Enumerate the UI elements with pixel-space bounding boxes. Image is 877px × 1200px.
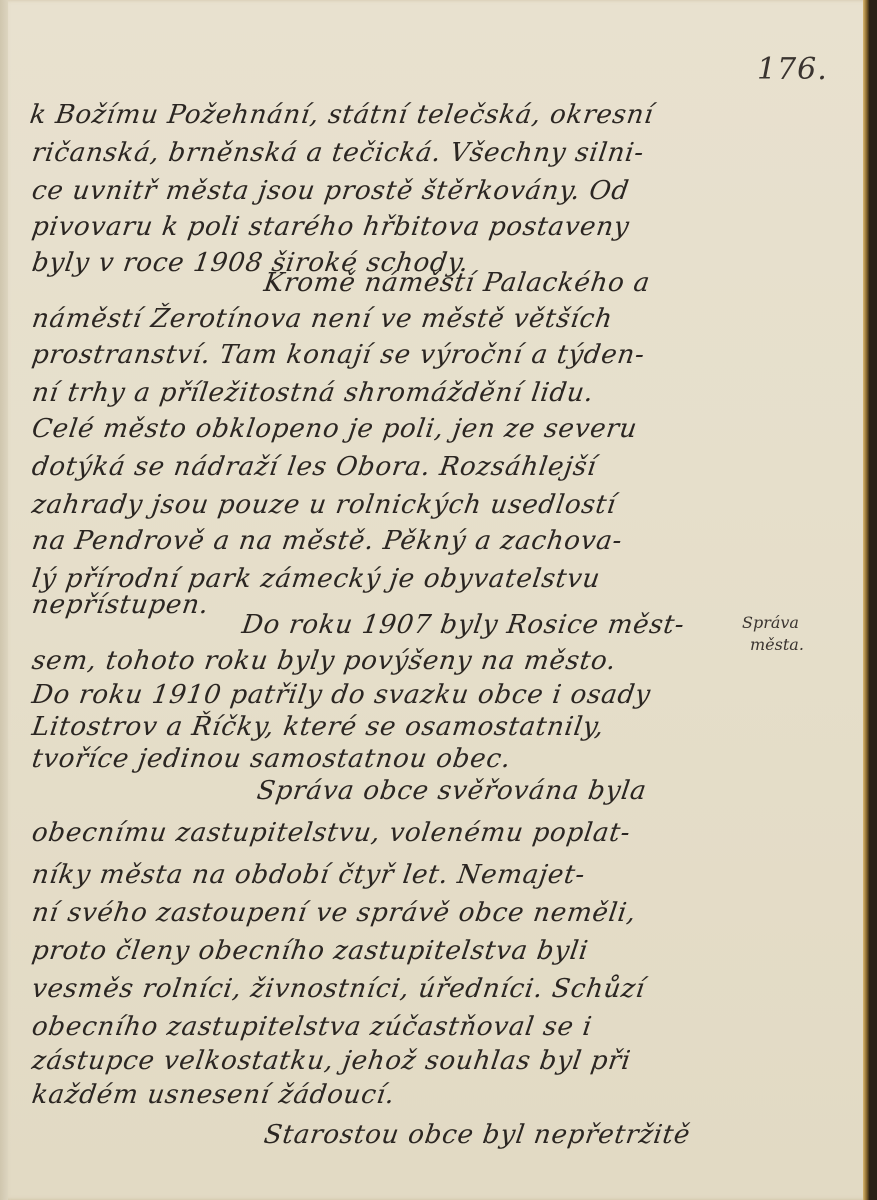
text-line: ričanská, brněnská a tečická. Všechny si…: [30, 138, 646, 168]
page-gilt-edge: [863, 0, 870, 1200]
text-line: zástupce velkostatku, jehož souhlas byl …: [30, 1046, 633, 1076]
margin-note-line-1: Správa: [742, 612, 804, 634]
text-line: Litostrov a Říčky, které se osamostatnil…: [30, 712, 606, 742]
text-line: vesměs rolníci, živnostníci, úředníci. S…: [30, 974, 647, 1004]
text-line: Správa obce svěřována byla: [255, 776, 649, 806]
page-number: 176.: [757, 52, 828, 87]
text-line: pivovaru k poli starého hřbitova postave…: [30, 212, 632, 242]
text-line: každém usnesení žádoucí.: [30, 1080, 397, 1110]
text-line: Do roku 1907 byly Rosice měst-: [240, 610, 687, 640]
text-line: níky města na období čtyř let. Nemajet-: [30, 860, 587, 890]
text-line: proto členy obecního zastupitelstva byli: [30, 936, 590, 966]
margin-note: Správa města.: [742, 612, 804, 656]
text-line: ce uvnitř města jsou prostě štěrkovány. …: [30, 176, 631, 206]
text-line: Starostou obce byl nepřetržitě: [262, 1120, 692, 1150]
text-line: dotýká se nádraží les Obora. Rozsáhlejší: [30, 452, 599, 482]
text-line: zahrady jsou pouze u rolnických usedlost…: [30, 490, 618, 520]
text-line: Celé město obklopeno je poli, jen ze sev…: [30, 414, 639, 444]
text-line: náměstí Žerotínova není ve městě větších: [30, 304, 615, 334]
margin-note-line-2: města.: [742, 634, 804, 656]
text-line: ní trhy a příležitostná shromáždění lidu…: [30, 378, 596, 408]
text-line: prostranství. Tam konají se výroční a tý…: [30, 340, 647, 370]
text-line: k Božímu Požehnání, státní telečská, okr…: [28, 100, 656, 130]
text-line: ní svého zastoupení ve správě obce neměl…: [30, 898, 638, 928]
manuscript-page: 176. Správa města. k Božímu Požehnání, s…: [0, 0, 870, 1200]
text-line: obecního zastupitelstva zúčastňoval se i: [30, 1012, 594, 1042]
text-line: nepřístupen.: [30, 590, 211, 620]
text-line: tvoříce jedinou samostatnou obec.: [30, 744, 513, 774]
text-line: obecnímu zastupitelstvu, volenému poplat…: [30, 818, 632, 848]
text-line: Kromě náměstí Palackého a: [262, 268, 652, 298]
text-line: na Pendrově a na městě. Pěkný a zachova-: [30, 526, 624, 556]
text-line: sem, tohoto roku byly povýšeny na město.: [30, 646, 618, 676]
text-line: Do roku 1910 patřily do svazku obce i os…: [30, 680, 653, 710]
page-binding-edge: [0, 0, 8, 1200]
